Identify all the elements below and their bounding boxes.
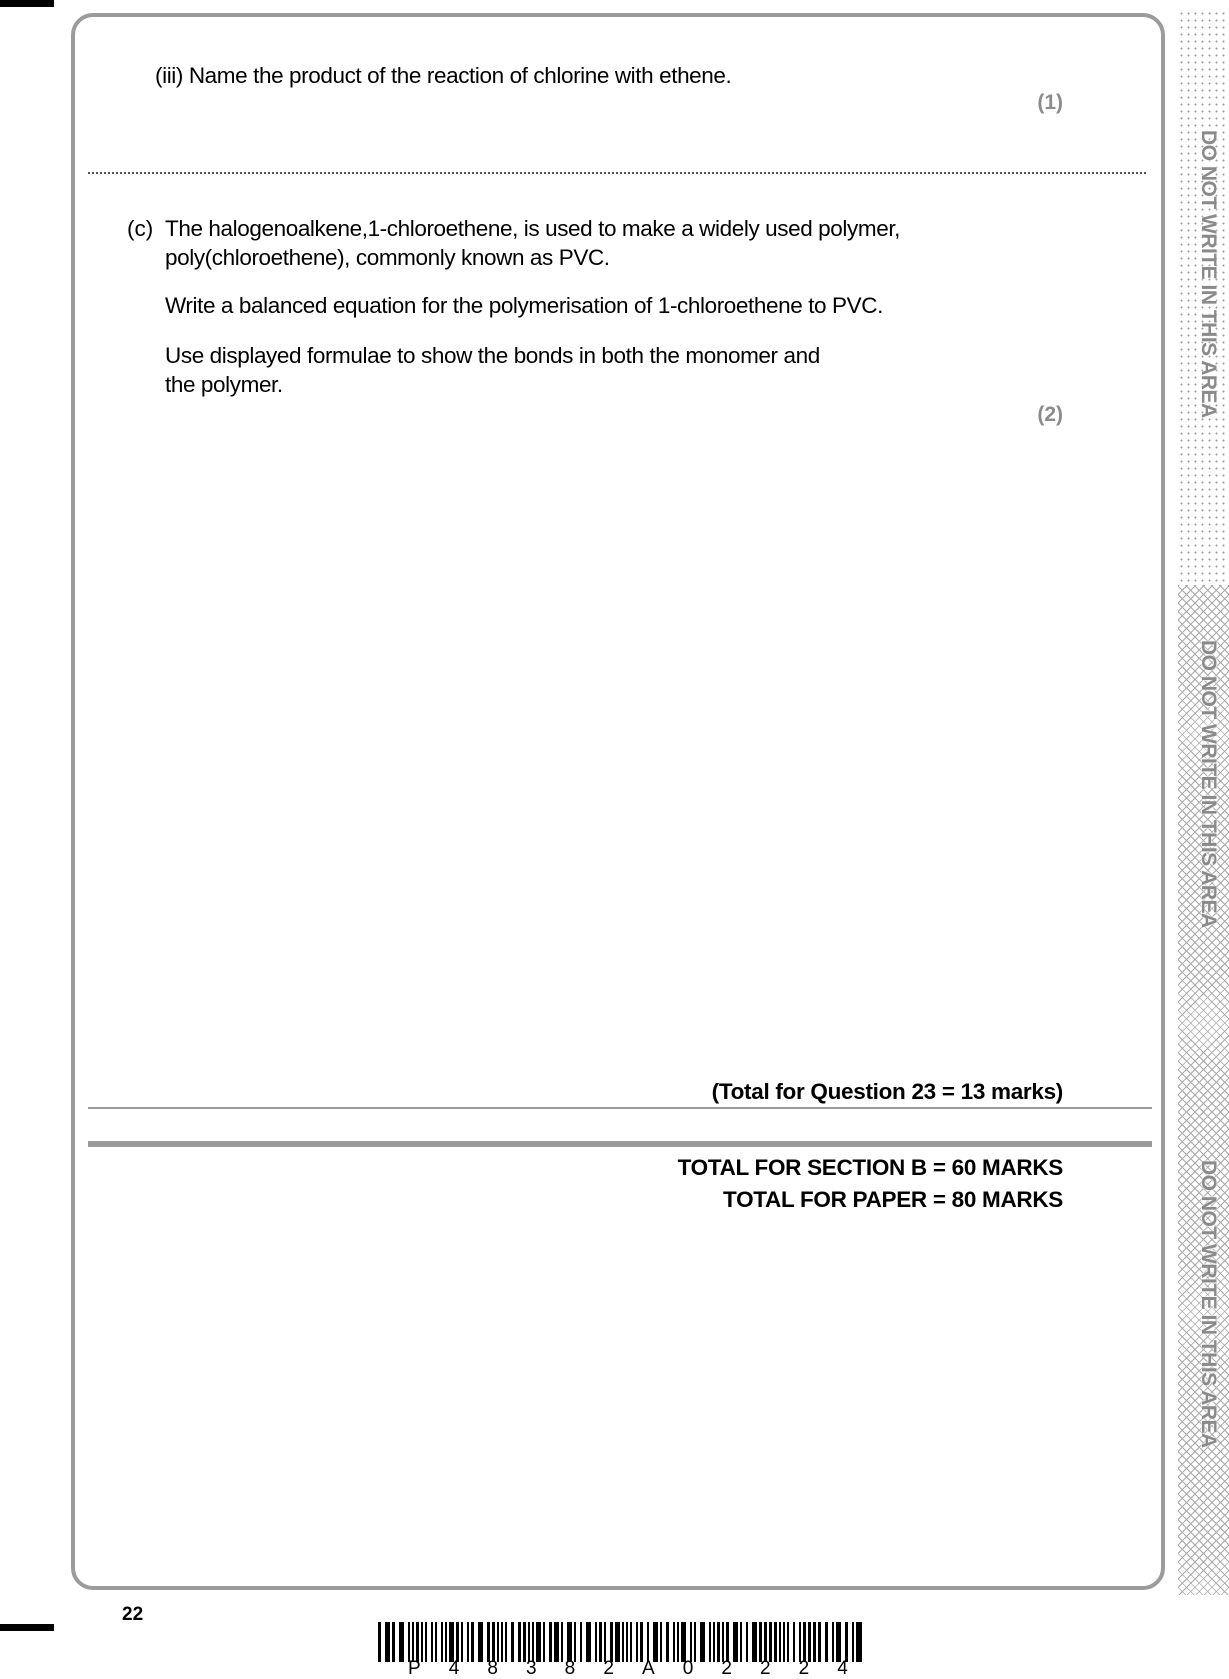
question-c-instruction1: Write a balanced equation for the polyme…: [165, 291, 883, 320]
barcode-character: 4: [449, 1658, 460, 1679]
registration-mark-top: [0, 0, 54, 7]
question-c-instruction2-line1: Use displayed formulae to show the bonds…: [165, 341, 820, 370]
answer-line[interactable]: [88, 172, 1146, 174]
barcode-character: 2: [721, 1658, 732, 1679]
divider-thin: [88, 1107, 1152, 1109]
section-total: TOTAL FOR SECTION B = 60 MARKS: [678, 1155, 1063, 1181]
question-c-line2: poly(chloroethene), commonly known as PV…: [165, 243, 610, 272]
do-not-write-label-2: DO NOT WRITE IN THIS AREA: [1186, 640, 1220, 928]
page-number: 22: [122, 1604, 143, 1626]
do-not-write-label-3: DO NOT WRITE IN THIS AREA: [1186, 1160, 1220, 1448]
do-not-write-label-1: DO NOT WRITE IN THIS AREA: [1186, 130, 1220, 418]
registration-mark-bottom: [0, 1624, 54, 1631]
question-iii-marks: (1): [1037, 91, 1063, 115]
barcode-character: 3: [526, 1658, 537, 1679]
question-total: (Total for Question 23 = 13 marks): [712, 1079, 1063, 1105]
question-c-marks: (2): [1037, 403, 1063, 427]
barcode-character: 2: [603, 1658, 614, 1679]
barcode-character: 2: [799, 1658, 810, 1679]
paper-total: TOTAL FOR PAPER = 80 MARKS: [723, 1187, 1063, 1213]
barcode-character: 8: [487, 1658, 498, 1679]
barcode-character: 4: [837, 1658, 848, 1679]
barcode-character: A: [642, 1658, 655, 1679]
answer-space[interactable]: [88, 440, 1146, 1060]
barcode-character: 8: [565, 1658, 576, 1679]
do-not-write-margin: DO NOT WRITE IN THIS AREA DO NOT WRITE I…: [1178, 10, 1229, 1595]
barcode-text: P48382A02224: [408, 1658, 848, 1679]
question-iii-text: (iii) Name the product of the reaction o…: [155, 61, 731, 90]
divider-thick: [88, 1141, 1152, 1147]
barcode-character: 2: [760, 1658, 771, 1679]
barcode-character: 0: [683, 1658, 694, 1679]
question-c-line1: The halogenoalkene,1-chloroethene, is us…: [165, 214, 900, 243]
question-c-instruction2-line2: the polymer.: [165, 370, 283, 399]
question-c-label: (c): [127, 214, 153, 243]
barcode-character: P: [408, 1658, 421, 1679]
barcode: [378, 1622, 862, 1662]
